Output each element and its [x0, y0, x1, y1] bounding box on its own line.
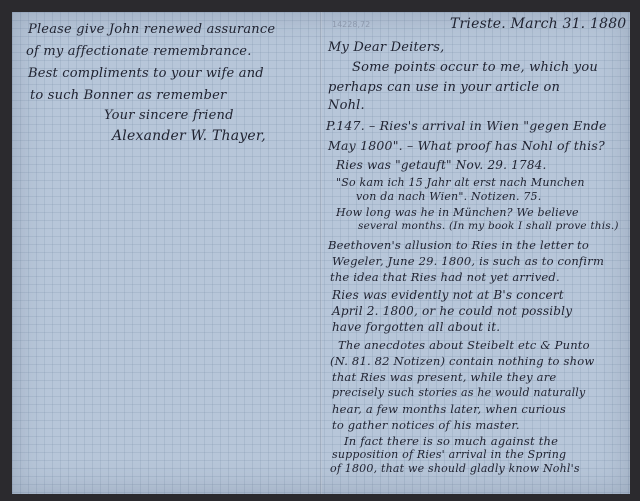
body-line: have forgotten all about it.: [332, 320, 500, 334]
body-line: May 1800". – What proof has Nohl of this…: [328, 138, 605, 153]
body-line: April 2. 1800, or he could not possibly: [332, 304, 572, 318]
body-line: von da nach Wien". Notizen. 75.: [356, 190, 541, 203]
body-line: The anecdotes about Steibelt etc & Punto: [338, 338, 590, 352]
closing-line-1: Please give John renewed assurance: [28, 22, 275, 37]
body-line: "So kam ich 15 Jahr alt erst nach Munche…: [336, 176, 585, 189]
closing-line-4: to such Bonner as remember: [30, 88, 226, 103]
valediction: Your sincere friend: [104, 108, 234, 123]
closing-line-3: Best compliments to your wife and: [28, 66, 264, 81]
body-line: to gather notices of his master.: [332, 418, 520, 432]
body-line: Wegeler, June 29. 1800, is such as to co…: [332, 254, 604, 268]
body-line: several months. (In my book I shall prov…: [358, 220, 619, 232]
body-line: Nohl.: [328, 98, 365, 113]
body-line: the idea that Ries had not yet arrived.: [330, 270, 560, 284]
salutation: My Dear Deiters,: [328, 40, 444, 55]
body-line: (N. 81. 82 Notizen) contain nothing to s…: [330, 354, 594, 368]
right-page: 14228,72 Trieste. March 31. 1880 My Dear…: [322, 0, 630, 501]
body-line: Beethoven's allusion to Ries in the lett…: [328, 238, 589, 252]
body-line: Some points occur to me, which you: [352, 60, 598, 75]
archive-mark: 14228,72: [332, 20, 370, 29]
body-line: Ries was evidently not at B's concert: [332, 288, 564, 302]
body-line: In fact there is so much against the: [344, 434, 558, 448]
dateline: Trieste. March 31. 1880: [450, 16, 626, 32]
body-line: that Ries was present, while they are: [332, 370, 556, 384]
body-line: supposition of Ries' arrival in the Spri…: [332, 448, 566, 461]
left-page: Please give John renewed assurance of my…: [12, 0, 312, 501]
body-line: precisely such stories as he would natur…: [332, 386, 585, 399]
body-line: P.147. – Ries's arrival in Wien "gegen E…: [326, 118, 607, 133]
signature: Alexander W. Thayer,: [112, 128, 266, 144]
body-line: Ries was "getauft" Nov. 29. 1784.: [336, 158, 547, 172]
body-line: How long was he in München? We believe: [336, 206, 579, 219]
closing-line-2: of my affectionate remembrance.: [26, 44, 252, 59]
body-line: hear, a few months later, when curious: [332, 402, 566, 416]
body-line: perhaps can use in your article on: [328, 80, 560, 95]
body-line: of 1800, that we should gladly know Nohl…: [330, 462, 580, 475]
